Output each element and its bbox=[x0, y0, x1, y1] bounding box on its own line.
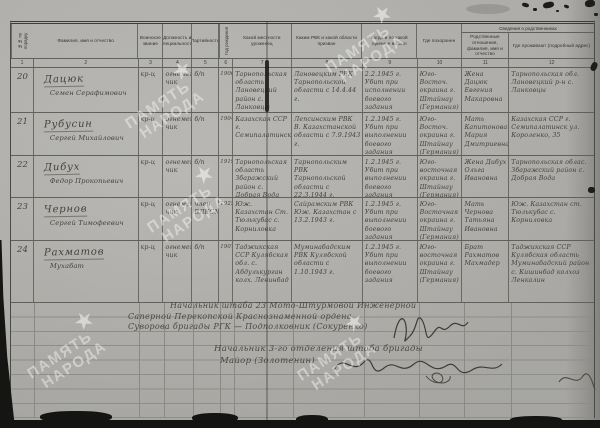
surname-text: Рахматов bbox=[44, 245, 105, 260]
col-number: 9 bbox=[363, 59, 418, 67]
signature-scrawl bbox=[330, 346, 505, 388]
cell-birth-year: 1907 bbox=[219, 241, 233, 302]
given-name-text: Сергей Тимофеевич bbox=[50, 219, 137, 228]
cell-burial-place: Юго-Восточная окраина г. Штайнау (Герман… bbox=[418, 198, 463, 240]
col-header-address: Где проживают (подробный адрес) bbox=[509, 33, 594, 58]
ink-speck bbox=[522, 2, 530, 8]
cell-loss-cause: 1.2.1945 г. Убит при выполнении боевого … bbox=[363, 156, 418, 197]
cell-loss-cause: 2.2.1945 г. Убит при исполнении боевого … bbox=[363, 68, 418, 112]
col-number: 7 bbox=[233, 59, 292, 67]
col-number: 11 bbox=[462, 59, 509, 67]
cell-party: б/п bbox=[192, 241, 219, 302]
ink-smudge bbox=[466, 4, 510, 14]
table-row: 20 ДацюкСемен Серафимович кр-ц огнемет­ч… bbox=[11, 68, 594, 113]
cell-burial-place: Юго-восточная окраина г. Штайнау (Герман… bbox=[418, 156, 463, 197]
ink-speck bbox=[594, 13, 598, 16]
cell-birth-year: 1919 bbox=[219, 156, 233, 197]
cell-birth-year: 1925 bbox=[219, 198, 233, 240]
col-header-relative: Родственные отношения, фамилия, имя и от… bbox=[462, 33, 509, 58]
cell-full-name: ДацюкСемен Серафимович bbox=[34, 68, 139, 112]
col-number: 1 bbox=[11, 59, 34, 67]
cell-order-number: 24 bbox=[11, 241, 34, 302]
cell-address: Казахская ССР г. Семипалатинск ул. Корол… bbox=[509, 113, 594, 155]
torn-edge-blob bbox=[40, 411, 112, 423]
cell-rank: кр-ц bbox=[139, 113, 164, 155]
signature-line: Начальник штаба 23 Мото-Штурмовой Инжене… bbox=[128, 301, 416, 312]
col-header-drafted-by: Каким РВК и какой области призван bbox=[292, 24, 363, 58]
col-number: 2 bbox=[34, 59, 139, 67]
cell-native-place: Таджикская ССР Кулябская обл. с. Абдульк… bbox=[233, 241, 292, 302]
given-name-text: Сергей Михайлович bbox=[50, 134, 137, 143]
surname-text: Рубусин bbox=[44, 118, 93, 133]
cell-loss-cause: 1.2.1945 г. Убит при выполнении боевого … bbox=[363, 198, 418, 240]
signature-line: Суворова бригады РГК — Подполковник (Сок… bbox=[128, 322, 416, 333]
col-header-full-name: Фамилия, имя и отчество bbox=[34, 24, 139, 58]
col-header-native-place: Какой местности уроженец bbox=[233, 24, 292, 58]
col-number: 10 bbox=[418, 59, 463, 67]
col-header-party: Партийность bbox=[192, 24, 219, 58]
cell-duty: огнемет­чик bbox=[163, 198, 192, 240]
cell-drafted-by: Лепсинским РВК В. Казахстанской области … bbox=[292, 113, 363, 155]
cell-full-name: ЧерновСергей Тимофеевич bbox=[34, 198, 139, 240]
cell-order-number: 22 bbox=[11, 156, 34, 197]
col-header-birth-year: Год рождения bbox=[219, 24, 233, 58]
cell-relative: Брат Рахматов Махмадер bbox=[462, 241, 509, 302]
cell-relative: Мать Чернова Татьяна Ивановна bbox=[462, 198, 509, 240]
col-header-duty: Должность и специальность bbox=[163, 24, 192, 58]
signature-block-chief-of-staff: Начальник штаба 23 Мото-Штурмовой Инжене… bbox=[128, 301, 416, 333]
cell-party: б/п bbox=[192, 156, 219, 197]
cell-birth-year: 1904 bbox=[219, 113, 233, 155]
torn-edge-blob bbox=[192, 413, 238, 423]
grid-line bbox=[511, 303, 512, 418]
ink-speck bbox=[588, 187, 595, 193]
relatives-group-title: Сведения о родственниках bbox=[462, 24, 594, 33]
col-header-burial-place: Где похоронен bbox=[417, 24, 462, 58]
surname-text: Дибух bbox=[44, 161, 80, 176]
cell-address: Юж. Казахстан ст. Тюлькубас с. Корниловк… bbox=[509, 198, 594, 240]
cell-party: б/п bbox=[192, 113, 219, 155]
table-row: 24 РахматовМухабат кр-ц огнемет­чик б/п … bbox=[11, 241, 594, 303]
torn-edge-blob bbox=[510, 416, 562, 424]
cell-duty: огнемет­чик bbox=[163, 113, 192, 155]
cell-drafted-by: Тарнопольским РВК Тарнопольской области … bbox=[292, 156, 363, 197]
cell-rank: кр-ц bbox=[139, 198, 164, 240]
col-number: 4 bbox=[163, 59, 192, 67]
cell-party: б/п bbox=[192, 68, 219, 112]
cell-order-number: 21 bbox=[11, 113, 34, 155]
col-header-order-number: №№ по порядку bbox=[11, 24, 34, 58]
given-name-text: Федор Прокопьевич bbox=[50, 177, 137, 186]
torn-edge-blob bbox=[296, 415, 328, 424]
cell-relative: Жена Дацюк Евгения Макаровна bbox=[462, 68, 509, 112]
surname-text: Дацюк bbox=[44, 73, 84, 88]
cell-relative: Мать Капитонова Мария Дмитриевна bbox=[462, 113, 509, 155]
given-name-text: Семен Серафимович bbox=[50, 89, 137, 98]
cell-address: Тарнопольская обл. Лановецкий р-н с. Лан… bbox=[509, 68, 594, 112]
cell-address: Таджикская ССР Кулябская область Муминаб… bbox=[509, 241, 594, 302]
ink-stain bbox=[265, 60, 269, 112]
cell-native-place: Юж. Казахстан Ст. Тюлькубас с. Корниловк… bbox=[233, 198, 292, 240]
col-number: 3 bbox=[139, 59, 164, 67]
col-number: 8 bbox=[292, 59, 363, 67]
table-header-row: №№ по порядку Фамилия, имя и отчество Во… bbox=[11, 24, 594, 59]
table-row: 23 ЧерновСергей Тимофеевич кр-ц огнемет­… bbox=[11, 198, 594, 241]
cell-drafted-by: Сайрамским РВК Юж. Казахстан с 13.2.1943… bbox=[292, 198, 363, 240]
col-number: 6 bbox=[219, 59, 233, 67]
cell-birth-year: 1906 bbox=[219, 68, 233, 112]
cell-native-place: Тарнопольская область Збаражский район с… bbox=[233, 156, 292, 197]
cell-loss-cause: 1.2.1945 г. Убит при выполнении боевого … bbox=[363, 241, 418, 302]
col-header-loss-cause: Когда и по какой причине выбыл bbox=[362, 24, 417, 58]
given-name-text: Мухабат bbox=[50, 262, 137, 271]
cell-native-place: Тарнопольская область Лановецкий район с… bbox=[233, 68, 292, 112]
ink-speck bbox=[564, 4, 570, 9]
cell-burial-place: Юго-Восточ. окраина г. Штайнау (Германия… bbox=[418, 68, 463, 112]
cell-burial-place: Юго-восточная окраина г. Штайнау (Герман… bbox=[418, 241, 463, 302]
cell-duty: огнемет­чик bbox=[163, 68, 192, 112]
signature-scrawl bbox=[555, 362, 597, 396]
grid-line bbox=[34, 303, 35, 418]
table-row: 22 ДибухФедор Прокопьевич кр-ц огнемет­ч… bbox=[11, 156, 594, 198]
col-number: 5 bbox=[192, 59, 219, 67]
relatives-header-group: Сведения о родственниках Родственные отн… bbox=[462, 24, 594, 58]
column-number-row: 1 2 3 4 5 6 7 8 9 10 11 12 bbox=[11, 59, 594, 68]
cell-burial-place: Юго-Восточ. окраина г. Штайнау (Германия… bbox=[418, 113, 463, 155]
cell-rank: кр-ц bbox=[139, 241, 164, 302]
cell-relative: Жена Дибух Ольга Ивановна bbox=[462, 156, 509, 197]
cell-duty: огнемет­чик bbox=[163, 241, 192, 302]
cell-address: Тарнопольская облас. Збаражский район с.… bbox=[509, 156, 594, 197]
cell-loss-cause: 1.2.1945 г. Убит при выполнении боевого … bbox=[363, 113, 418, 155]
table-row: 21 РубусинСергей Михайлович кр-ц огнемет… bbox=[11, 113, 594, 156]
cell-duty: огнемет­чик bbox=[163, 156, 192, 197]
scanned-document-page: №№ по порядку Фамилия, имя и отчество Во… bbox=[0, 0, 600, 428]
cell-order-number: 20 bbox=[11, 68, 34, 112]
cell-order-number: 23 bbox=[11, 198, 34, 240]
cell-drafted-by: Муминабадским РВК Кулябской области с 1.… bbox=[292, 241, 363, 302]
ink-speck bbox=[542, 1, 554, 9]
cell-full-name: ДибухФедор Прокопьевич bbox=[34, 156, 139, 197]
cell-native-place: Казахская ССР г. Семипалатинск bbox=[233, 113, 292, 155]
signature-line: Саперной Перекопской Краснознаменной орд… bbox=[128, 312, 416, 323]
cell-rank: кр-ц bbox=[139, 68, 164, 112]
cell-party: член ВЛКСМ bbox=[192, 198, 219, 240]
cell-full-name: РубусинСергей Михайлович bbox=[34, 113, 139, 155]
cell-drafted-by: Лановецким РВК Тарнопольской области с 1… bbox=[292, 68, 363, 112]
surname-text: Чернов bbox=[44, 203, 88, 218]
col-header-rank: Воинское звание bbox=[138, 24, 163, 58]
ink-speck bbox=[533, 8, 537, 11]
col-number: 12 bbox=[509, 59, 594, 67]
cell-full-name: РахматовМухабат bbox=[34, 241, 139, 302]
cell-rank: кр-ц bbox=[139, 156, 164, 197]
ink-speck bbox=[556, 10, 559, 12]
